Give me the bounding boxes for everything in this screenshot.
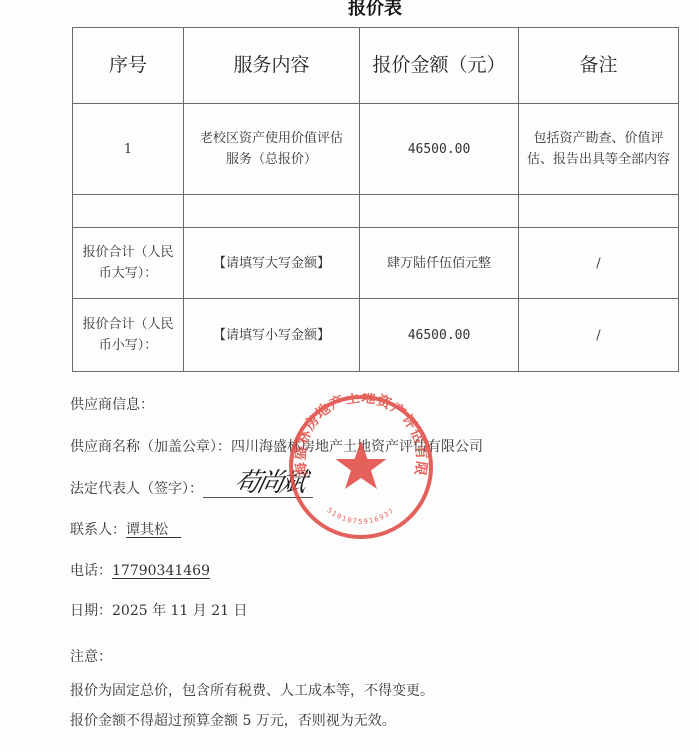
phone-label: 电话： xyxy=(70,563,112,579)
supplier-name-value: 四川海盛林房地产土地资产评估有限公司 xyxy=(231,439,483,455)
supplier-section-title: 供应商信息： xyxy=(70,394,154,414)
header-index: 序号 xyxy=(73,28,184,104)
document-title: 报价表 xyxy=(300,0,450,20)
svg-text:5101075916937: 5101075916937 xyxy=(326,506,397,525)
stamp-code: 5101075916937 xyxy=(326,506,397,525)
row-remark: 包括资产勘查、价值评估、报告出具等全部内容 xyxy=(519,104,679,195)
date-label: 日期： xyxy=(70,603,112,619)
total-lower-remark: / xyxy=(519,299,679,372)
total-lower-placeholder: 【请填写小写金额】 xyxy=(184,299,360,372)
total-lower-row: 报价合计（人民币小写）： 【请填写小写金额】 46500.00 / xyxy=(73,299,679,372)
date-value: 2025 年 11 月 21 日 xyxy=(112,603,248,619)
note-item: 报价金额不得超过预算金额 5 万元，否则视为无效。 xyxy=(70,710,396,730)
table-row-empty xyxy=(73,195,679,228)
note-item: 报价为固定总价，包含所有税费、人工成本等，不得变更。 xyxy=(70,680,434,700)
row-amount: 46500.00 xyxy=(360,104,519,195)
row-amount xyxy=(360,195,519,228)
total-upper-row: 报价合计（人民币大写）： 【请填写大写金额】 肆万陆仟伍佰元整 / xyxy=(73,228,679,299)
table-row: 1 老校区资产使用价值评估服务（总报价） 46500.00 包括资产勘查、价值评… xyxy=(73,104,679,195)
contact-label: 联系人： xyxy=(70,522,126,538)
total-lower-label: 报价合计（人民币小写）： xyxy=(73,299,184,372)
header-amount: 报价金额（元） xyxy=(360,28,519,104)
total-lower-value: 46500.00 xyxy=(360,299,519,372)
total-upper-label: 报价合计（人民币大写）： xyxy=(73,228,184,299)
signature: 苟尚斌 xyxy=(231,462,308,499)
row-service xyxy=(184,195,360,228)
supplier-name-label: 供应商名称（加盖公章）： xyxy=(70,439,231,455)
row-remark xyxy=(519,195,679,228)
total-upper-value: 肆万陆仟伍佰元整 xyxy=(360,228,519,299)
legal-rep-label: 法定代表人（签字）： xyxy=(70,481,203,497)
notes-title: 注意： xyxy=(70,646,112,666)
company-seal-stamp: 四川海盛林房地产土地资产评估有限公司 5101075916937 xyxy=(287,393,435,541)
row-index xyxy=(73,195,184,228)
row-index: 1 xyxy=(73,104,184,195)
phone-line: 电话：17790341469 xyxy=(70,560,210,580)
header-service: 服务内容 xyxy=(184,28,360,104)
quote-table: 序号 服务内容 报价金额（元） 备注 1 老校区资产使用价值评估服务（总报价） … xyxy=(72,27,679,372)
row-service: 老校区资产使用价值评估服务（总报价） xyxy=(184,104,360,195)
table-header-row: 序号 服务内容 报价金额（元） 备注 xyxy=(73,28,679,104)
total-upper-remark: / xyxy=(519,228,679,299)
total-upper-placeholder: 【请填写大写金额】 xyxy=(184,228,360,299)
header-remark: 备注 xyxy=(519,28,679,104)
contact-line: 联系人：谭其松 xyxy=(70,519,181,539)
phone-value: 17790341469 xyxy=(112,563,210,579)
date-line: 日期：2025 年 11 月 21 日 xyxy=(70,600,248,620)
contact-value: 谭其松 xyxy=(126,522,168,538)
supplier-name-line: 供应商名称（加盖公章）：四川海盛林房地产土地资产评估有限公司 xyxy=(70,436,483,456)
